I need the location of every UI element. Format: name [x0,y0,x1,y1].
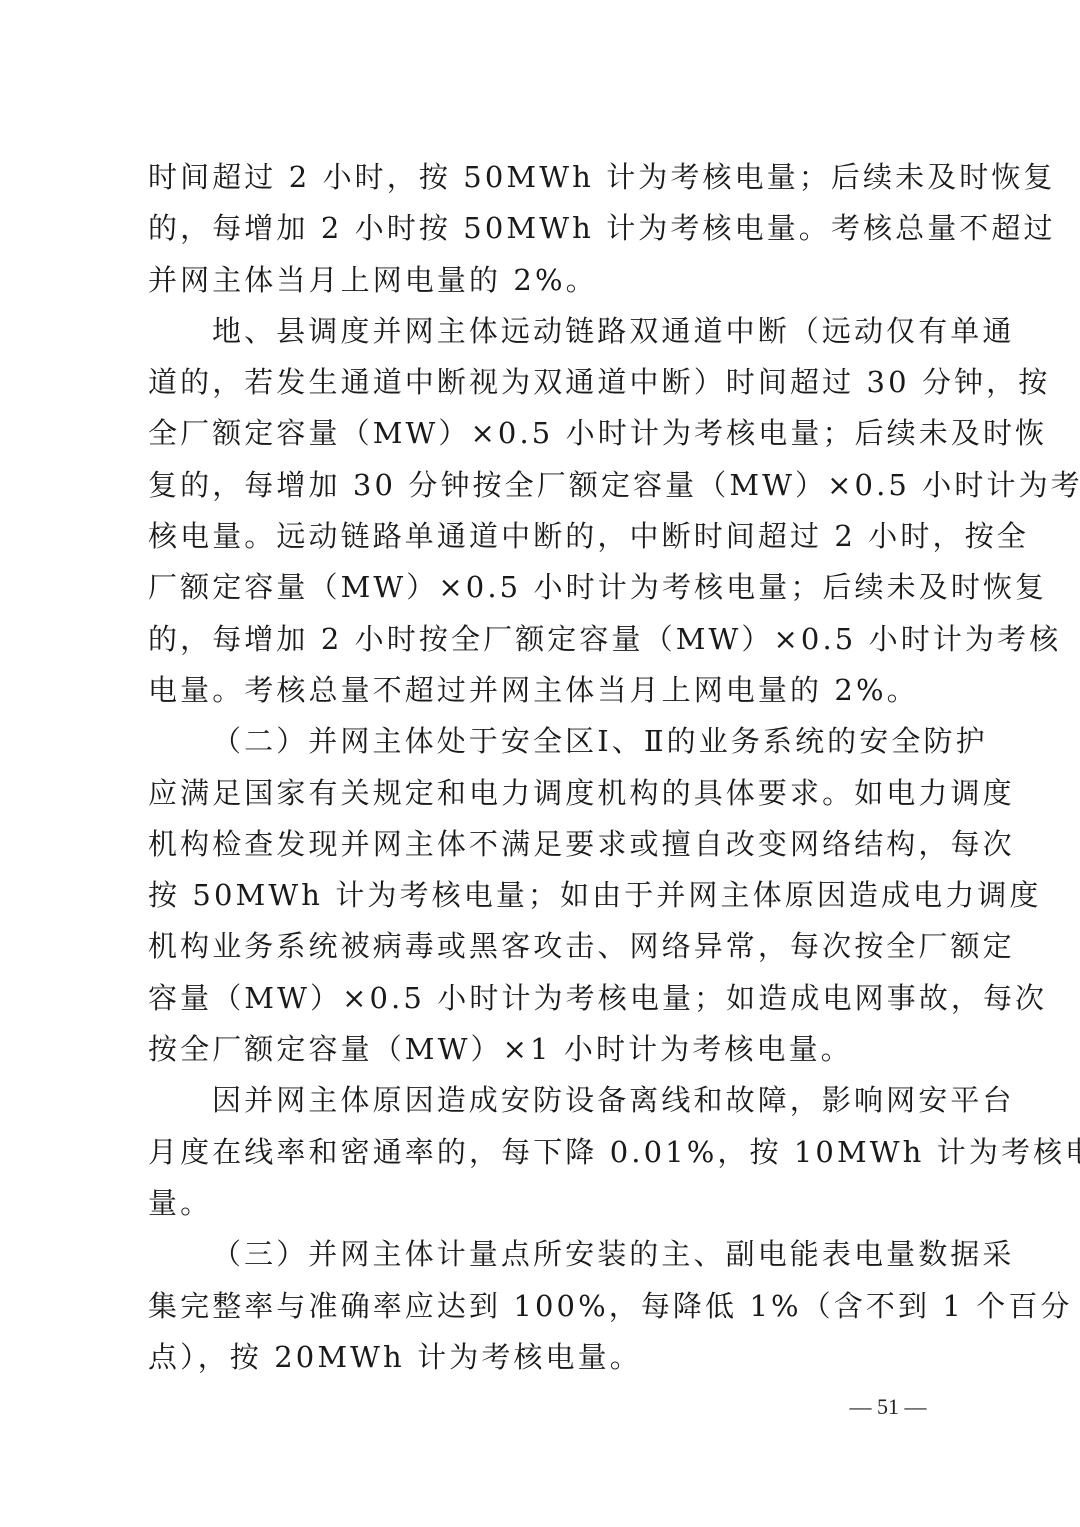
text-line: 集完整率与准确率应达到 100%，每降低 1%（含不到 1 个百分 [148,1281,938,1332]
paragraph: （三）并网主体计量点所安装的主、副电能表电量数据采 集完整率与准确率应达到 10… [148,1229,938,1383]
text-line: 机构检查发现并网主体不满足要求或擅自改变网络结构，每次 [148,819,938,870]
text-line: 的，每增加 2 小时按 50MWh 计为考核电量。考核总量不超过 [148,203,938,254]
text-line: 应满足国家有关规定和电力调度机构的具体要求。如电力调度 [148,768,938,819]
text-line: 的，每增加 2 小时按全厂额定容量（MW）×0.5 小时计为考核 [148,614,938,665]
text-line: （三）并网主体计量点所安装的主、副电能表电量数据采 [148,1229,938,1280]
paragraph: （二）并网主体处于安全区Ⅰ、Ⅱ的业务系统的安全防护 应满足国家有关规定和电力调度… [148,716,938,1075]
text-line: 机构业务系统被病毒或黑客攻击、网络异常，每次按全厂额定 [148,921,938,972]
paragraph: 地、县调度并网主体远动链路双通道中断（远动仅有单通 道的，若发生通道中断视为双通… [148,306,938,716]
text-line: 容量（MW）×0.5 小时计为考核电量；如造成电网事故，每次 [148,973,938,1024]
text-line: 量。 [148,1178,938,1229]
text-line: 月度在线率和密通率的，每下降 0.01%，按 10MWh 计为考核电 [148,1127,938,1178]
text-line: 核电量。远动链路单通道中断的，中断时间超过 2 小时，按全 [148,511,938,562]
text-line: 时间超过 2 小时，按 50MWh 计为考核电量；后续未及时恢复 [148,152,938,203]
text-line: 全厂额定容量（MW）×0.5 小时计为考核电量；后续未及时恢 [148,408,938,459]
text-line: 因并网主体原因造成安防设备离线和故障，影响网安平台 [148,1075,938,1126]
page-number: — 51 — [838,1394,938,1420]
paragraph: 时间超过 2 小时，按 50MWh 计为考核电量；后续未及时恢复 的，每增加 2… [148,152,938,306]
text-line: 按全厂额定容量（MW）×1 小时计为考核电量。 [148,1024,938,1075]
text-line: （二）并网主体处于安全区Ⅰ、Ⅱ的业务系统的安全防护 [148,716,938,767]
text-line: 并网主体当月上网电量的 2%。 [148,255,938,306]
document-body: 时间超过 2 小时，按 50MWh 计为考核电量；后续未及时恢复 的，每增加 2… [148,152,938,1383]
paragraph: 因并网主体原因造成安防设备离线和故障，影响网安平台 月度在线率和密通率的，每下降… [148,1075,938,1229]
text-line: 复的，每增加 30 分钟按全厂额定容量（MW）×0.5 小时计为考 [148,460,938,511]
text-line: 按 50MWh 计为考核电量；如由于并网主体原因造成电力调度 [148,870,938,921]
text-line: 地、县调度并网主体远动链路双通道中断（远动仅有单通 [148,306,938,357]
text-line: 电量。考核总量不超过并网主体当月上网电量的 2%。 [148,665,938,716]
text-line: 点），按 20MWh 计为考核电量。 [148,1332,938,1383]
text-line: 道的，若发生通道中断视为双通道中断）时间超过 30 分钟，按 [148,357,938,408]
text-line: 厂额定容量（MW）×0.5 小时计为考核电量；后续未及时恢复 [148,562,938,613]
